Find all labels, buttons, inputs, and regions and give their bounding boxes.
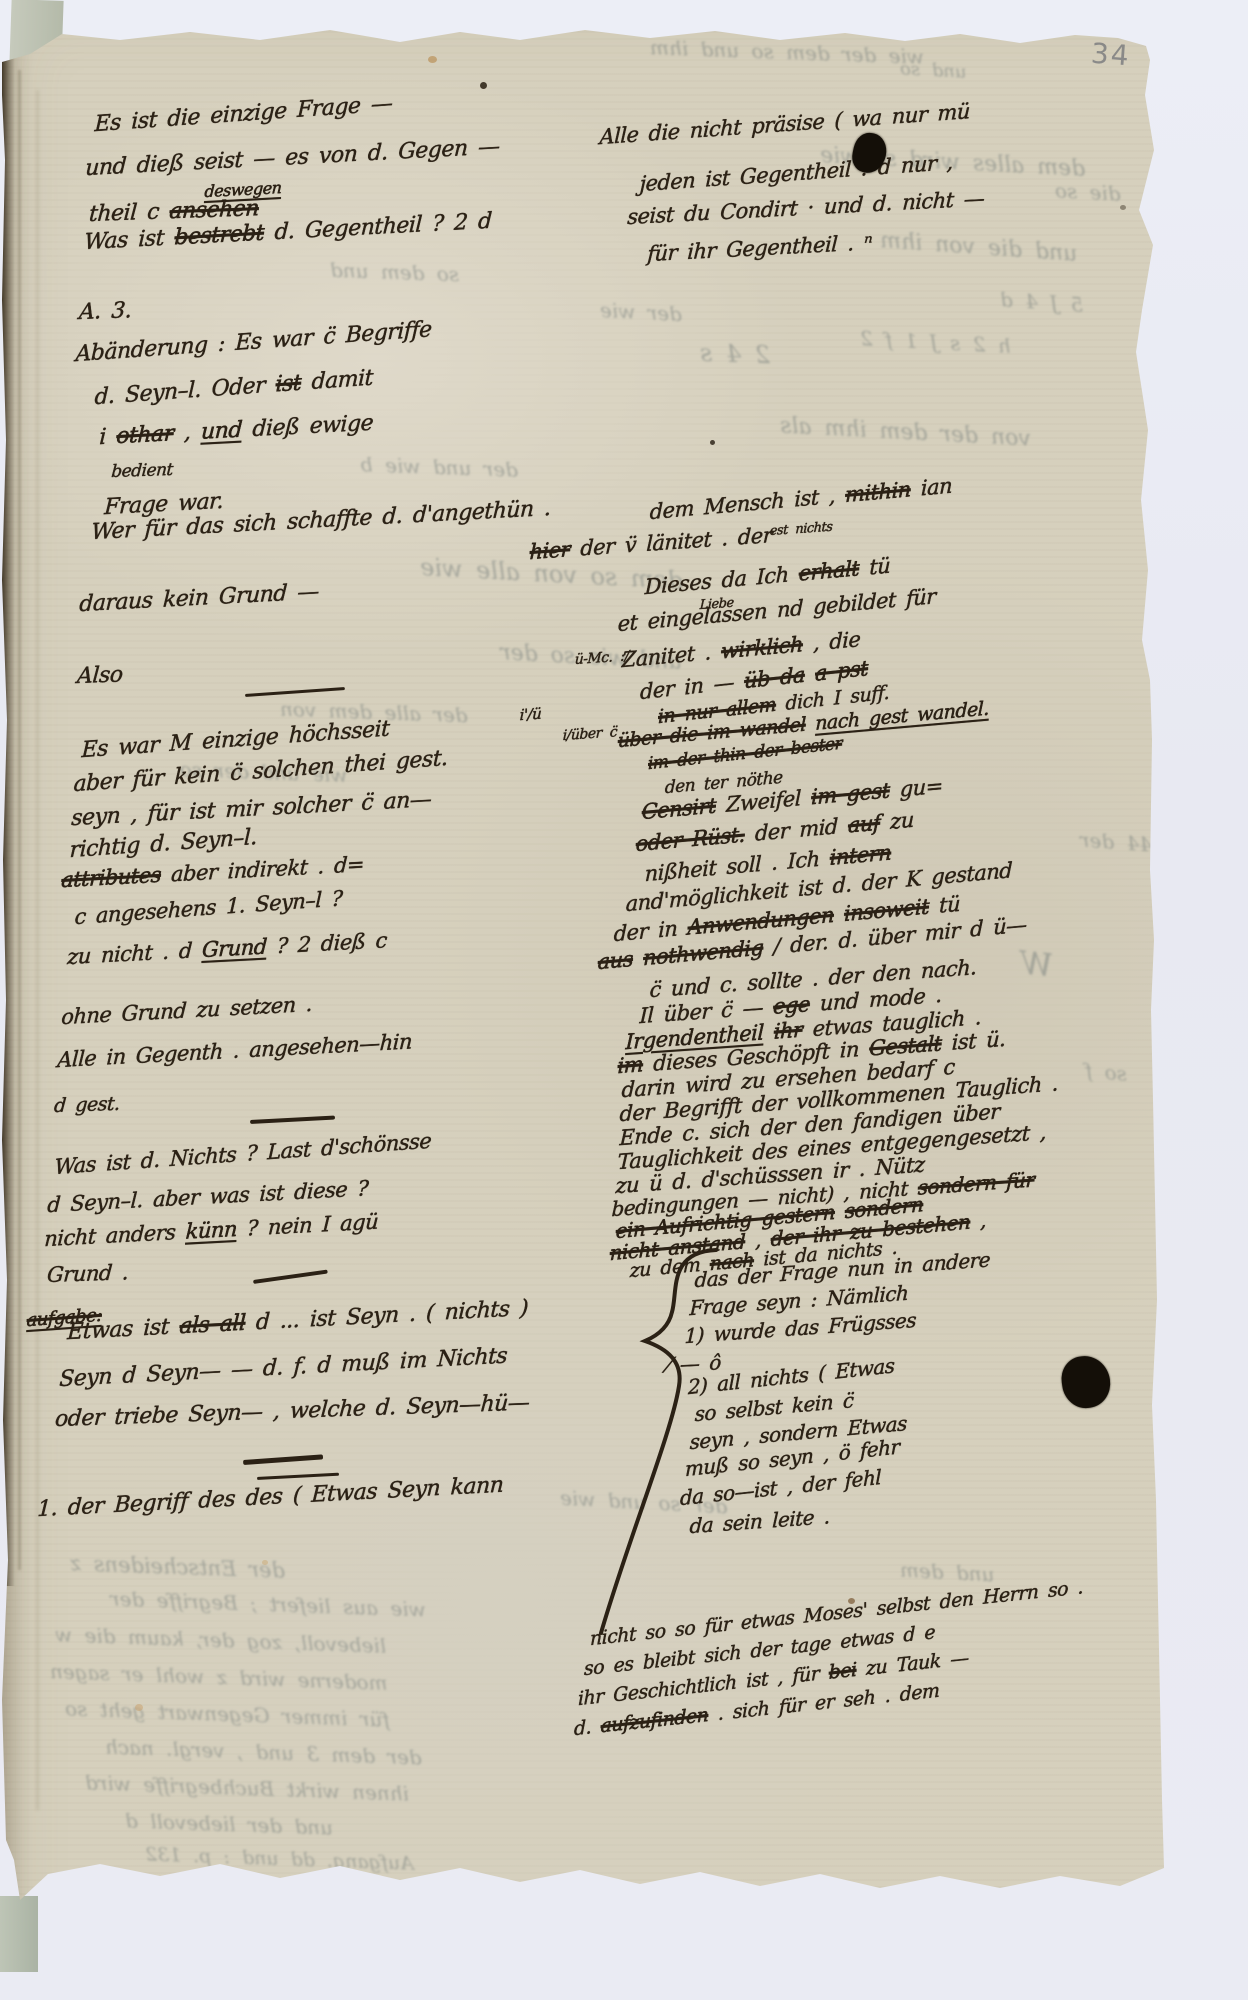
- separator-stroke: [245, 687, 345, 697]
- underlined-words: und: [200, 418, 242, 445]
- bleedthrough-line: und dem: [899, 1558, 995, 1587]
- bleedthrough-line: von der dem ihm als: [780, 413, 1032, 451]
- struck-words: ege: [773, 992, 811, 1019]
- handwritten-line: Was ist d. Nichts ? Last d'schönsse: [54, 1129, 432, 1179]
- paper-crease: [18, 70, 21, 1570]
- struck-words: als all: [179, 1311, 246, 1340]
- bleedthrough-line: 5 J 4 d: [999, 287, 1084, 317]
- handwritten-line: i/über c̈: [562, 724, 617, 744]
- struck-words: hier: [529, 537, 570, 564]
- bleedthrough-line: der Entscheidens z: [70, 1551, 286, 1582]
- bleedthrough-line: und der liebevoll d: [125, 1808, 334, 1839]
- paper-speck: [428, 56, 437, 63]
- handwritten-line: Alle die nicht präsise ( wa nur mü: [599, 99, 970, 149]
- handwritten-line: d. Seyn–l. Oder ist damit: [94, 366, 373, 411]
- struck-words: mithin: [845, 477, 911, 507]
- struck-words: ihr: [773, 1018, 803, 1044]
- underlined-words: Grund: [201, 935, 267, 962]
- ink-blot: [1059, 1353, 1114, 1411]
- struck-words: aufzufinden: [601, 1704, 709, 1737]
- bleedthrough-line: so dem und: [330, 258, 460, 286]
- bleedthrough-line: ihnen wirkt Buchbegriffe wird: [85, 1770, 410, 1805]
- separator-stroke: [257, 1473, 339, 1480]
- struck-words: bei: [829, 1659, 857, 1684]
- handwritten-line: 1. der Begriff des des ( Etwas Seyn kann: [37, 1473, 504, 1523]
- paper-speck: [848, 1598, 855, 1604]
- handwritten-line: est nichts: [769, 520, 832, 539]
- paper-speck: [1120, 205, 1126, 210]
- bleedthrough-line: moderne wird z wohl er sagen: [50, 1659, 388, 1695]
- handwritten-line: ohne Grund zu setzen .: [61, 992, 313, 1029]
- handwritten-line: zu nicht . d Grund ? 2 dieß c: [67, 928, 388, 969]
- struck-words: bestrebt: [174, 221, 265, 251]
- bleedthrough-line: 2 4 s: [700, 339, 771, 369]
- handwritten-line: nicht anders künn ? nein I agü: [44, 1210, 379, 1252]
- handwritten-line: bedient: [111, 460, 174, 482]
- struck-words: oder Rüst.: [636, 822, 745, 856]
- paper-speck: [480, 82, 487, 89]
- struck-words: othar: [116, 421, 175, 449]
- bleedthrough-line: der und wie b: [360, 452, 519, 481]
- handwritten-line: Etwas ist als all d ... ist Seyn . ( nic…: [67, 1296, 529, 1345]
- handwritten-line: Seyn d Seyn— — d. f. d muß im Nichts: [59, 1344, 508, 1393]
- underlined-words: künn: [185, 1217, 238, 1244]
- bleedthrough-line: liebevoll, zog der, kaum die w: [55, 1622, 387, 1658]
- handwritten-line: dem Mensch ist , mithin ian: [650, 474, 953, 525]
- struck-words: auf: [848, 811, 881, 838]
- separator-stroke: [253, 1270, 328, 1284]
- binding-edge-shadow: [2, 56, 15, 1586]
- page-number: 34: [1090, 37, 1132, 73]
- handwritten-line: Es ist die einzige Frage —: [94, 91, 393, 137]
- struck-words: a pst: [815, 656, 868, 686]
- struck-words: aus: [598, 947, 634, 974]
- handwritten-line: und dieß seist — es von d. Gegen —: [85, 134, 501, 181]
- bleedthrough-line: und so: [899, 58, 967, 82]
- struck-words: im gest: [811, 778, 890, 809]
- bleedthrough-line: so f: [1084, 1058, 1128, 1086]
- bleedthrough-line: W: [1018, 943, 1055, 984]
- bleedthrough-line: für immer Gegenwart geht so: [65, 1696, 390, 1731]
- handwritten-line: Alle in Gegenth . angesehen—hin: [57, 1029, 413, 1072]
- handwritten-line: Abänderung : Es war c̈ Begriffe: [75, 317, 432, 367]
- struck-words: üb da: [744, 663, 805, 694]
- handwritten-line: daraus kein Grund —: [79, 579, 320, 617]
- handwritten-line: A. 3.: [78, 298, 132, 325]
- handwritten-line: für ihr Gegentheil . ⁿ: [647, 230, 873, 266]
- handwritten-line: oder triebe Seyn— , welche d. Seyn—hü—: [54, 1390, 530, 1432]
- struck-words: erhalt: [799, 556, 860, 585]
- bleedthrough-line: wie der dem so und ihm: [650, 35, 925, 69]
- handwritten-line: Grund .: [46, 1260, 129, 1287]
- handwritten-line: hier der v̈ länitet . der: [529, 523, 772, 564]
- struck-words: wirklich: [721, 632, 803, 663]
- struck-words: sondern für: [917, 1167, 1035, 1199]
- bleedthrough-line: f1: [1021, 15, 1041, 37]
- bleedthrough-line: die so: [1054, 178, 1121, 205]
- struck-words: im: [617, 1052, 643, 1078]
- bleedthrough-line: h 2 s J 1 f 2: [859, 326, 1011, 358]
- handwritten-line: richtig d. Seyn–l.: [69, 825, 257, 863]
- handwritten-line: d gest.: [53, 1093, 120, 1117]
- scan-background: wie der dem so und ihmund sodem alles wi…: [0, 0, 1248, 2000]
- struck-words: Censirt: [642, 794, 717, 825]
- paper-crease-secondary: [36, 90, 39, 1810]
- struck-words: ist: [275, 371, 301, 398]
- bleedthrough-line: Aufgang. dd und : p. 132: [145, 1843, 415, 1874]
- underlying-sheet-edge-bottom: [0, 1896, 38, 1972]
- struck-words: attributes: [61, 863, 162, 892]
- handwritten-line: d Seyn–l. aber was ist diese ?: [47, 1176, 369, 1217]
- bleedthrough-line: der dem 3 und , vergl. nach: [105, 1734, 422, 1769]
- handwritten-line: c angesehens 1. Seyn–l ?: [74, 886, 343, 929]
- separator-stroke: [250, 1116, 335, 1124]
- bleedthrough-line: wie aus liefert ; Begriffe der: [110, 1586, 427, 1621]
- manuscript-page: wie der dem so und ihmund sodem alles wi…: [0, 0, 1248, 2000]
- handwritten-line: i othar , und dieß ewige: [99, 411, 374, 450]
- paper-speck: [262, 1560, 268, 1565]
- bleedthrough-line: und die von ihm: [879, 228, 1078, 267]
- bleedthrough-line: der wie: [599, 298, 682, 326]
- paper-speck: [710, 440, 715, 445]
- struck-words: ansehen: [169, 196, 260, 224]
- struck-words: intern: [830, 840, 892, 870]
- handwritten-line: Also: [76, 662, 123, 689]
- handwritten-line: jeden ist Gegentheil : d nur ,: [639, 150, 953, 196]
- separator-stroke: [243, 1454, 323, 1465]
- handwritten-line: i'/ü: [519, 704, 541, 724]
- paper-speck: [135, 1704, 143, 1711]
- bleedthrough-line: 44 der: [1079, 828, 1153, 857]
